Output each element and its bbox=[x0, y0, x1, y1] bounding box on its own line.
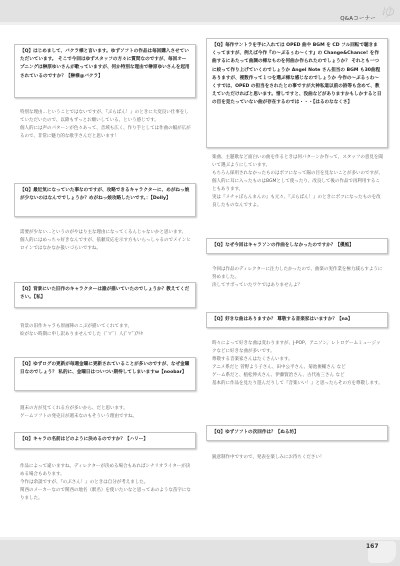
question-text: 【Q】好きな曲はありますか？ 尊敬する音楽家はいますか？【na】 bbox=[212, 317, 353, 322]
answer-line: 週末の方が見てくれる方が多いから、だと思います。 bbox=[20, 405, 192, 413]
answer-line: 楽曲、主題歌など面白いの曲を作るときは何パターンか作って、スタッフの意見を聞いて… bbox=[212, 154, 384, 170]
answer-line: 個人的にはめっちゃ好きなんですが、依頼反応を示す方もいらっしゃるのでメインヒロイ… bbox=[20, 237, 192, 253]
question-text: 【Q】はじめまして、バクラ様と言います。ゆずソフトの作品は毎回購入させていただい… bbox=[20, 49, 190, 79]
question-box: 【Q】ゆずログの更新が毎週金曜に更新されていることが多いのですが、なぜ金曜日なの… bbox=[14, 357, 196, 391]
answer-line: ゲームソフトの発売日が週末なのもそういう理由ですね。 bbox=[20, 413, 192, 421]
question-box: 【Q】最近気になっていた事なのですが、攻略できるキャラクターに、めがねっ娘が少な… bbox=[14, 183, 196, 217]
answer-line: 今作は余談ですが、『のぶさん！』のときは自分が考えました。 bbox=[20, 479, 192, 487]
question-box: 【Q】なぜ今回はキャラソンの作曲をしなかったのですか？【優風】 bbox=[206, 238, 388, 254]
answer-line: 実は『メチャぼらんまんの』も元々、『ぶらばん！』のときにボツになったものを改良し… bbox=[212, 194, 384, 210]
footer-band bbox=[0, 540, 400, 566]
question-text: 【Q】最近気になっていた事なのですが、攻略できるキャラクターに、めがねっ娘が少な… bbox=[20, 188, 189, 201]
question-box: 【Q】毎作サントラを手に入れては OPED 曲や BGM を CD フル回転で聴… bbox=[206, 38, 388, 148]
answer-block: 週末の方が見てくれる方が多いから、だと思います。 ゲームソフトの発売日が週末なの… bbox=[14, 405, 198, 421]
question-text: 【Q】背景にいた旧作のキャラクターは誰が描いていたのでしょうか？教えてください。… bbox=[20, 287, 189, 300]
question-text: 【Q】ゆずソフトの次回作は？【ぬる坊】 bbox=[212, 430, 299, 435]
answer-block: 需要が少ない…というのがやはり主な理由になってくるんじゃないかと思います。 個人… bbox=[14, 229, 198, 253]
question-box: 【Q】ゆずソフトの次回作は？【ぬる坊】 bbox=[206, 425, 388, 441]
answer-line: 特別な理由…ということではないですが、『ぶらばん！』のときに大変良い仕事をしてい… bbox=[20, 109, 192, 125]
answer-line: 個人的には声のパターンが色々あって、音域も広く、作り手としては作曲の幅が広がるの… bbox=[20, 125, 192, 141]
answer-block: 背景の旧作キャラも原画陣のこぶが描いてくれてます。 絵がない時期に申し訳ありませ… bbox=[14, 323, 198, 339]
section-title: Q&Aコーナー bbox=[340, 14, 376, 22]
answer-line: 需要が少ない…というのがやはり主な理由になってくるんじゃないかと思います。 bbox=[20, 229, 192, 237]
answer-line: 鋭意制作中ですので、発表を楽しみにお待ちください！ bbox=[212, 454, 384, 462]
answer-line: ゲーム系だと、植松伸夫さん、伊藤賢治さん、古代祐三さん など bbox=[212, 372, 384, 380]
answer-block: 鋭意制作中ですので、発表を楽しみにお待ちください！ bbox=[206, 454, 390, 462]
question-text: 【Q】キャラの名前はどのように決めるのですか？【ハリー】 bbox=[20, 437, 148, 442]
question-box: 【Q】キャラの名前はどのように決めるのですか？【ハリー】 bbox=[14, 432, 196, 449]
answer-block: 特別な理由…ということではないですが、『ぶらばん！』のときに大変良い仕事をしてい… bbox=[14, 109, 198, 141]
answer-line: 作品によって違いますね。ディレクターが決める場合もあればシナリオライターが決める… bbox=[20, 463, 192, 479]
answer-line: アニメ系だと 菅野よう子さん、田中公平さん、菊池俊輔さん など bbox=[212, 364, 384, 372]
question-text: 【Q】なぜ今回はキャラソンの作曲をしなかったのですか？【優風】 bbox=[212, 243, 354, 248]
question-box: 【Q】好きな曲はありますか？ 尊敬する音楽家はいますか？【na】 bbox=[206, 312, 388, 328]
answer-line: 今回は作品のディレクターに注力したかったので、曲楽の実作業を極力減らすように努め… bbox=[212, 266, 384, 282]
question-box: 【Q】背景にいた旧作のキャラクターは誰が描いていたのでしょうか？教えてください。… bbox=[14, 282, 196, 308]
answer-block: 楽曲、主題歌など面白いの曲を作るときは何パターンか作って、スタッフの意見を聞いて… bbox=[206, 154, 390, 210]
answer-block: 作品によって違いますね。ディレクターが決める場合もあればシナリオライターが決める… bbox=[14, 463, 198, 503]
question-box: 【Q】はじめまして、バクラ様と言います。ゆずソフトの作品は毎回購入させていただい… bbox=[14, 44, 196, 98]
answer-line: 絵がない時期に申し訳ありませんでした（ﾟ∀ﾟ）人(ﾟ∀ﾟ)ｱﾘﾀ bbox=[20, 331, 192, 339]
answer-line: 関西のメーカーなので関西の地名（駅名）を使いたいなと思ってあのような苗字になりま… bbox=[20, 487, 192, 503]
answer-line: 時々によって好きな曲は変わりますが、J-POP、アニソン、レトロゲームミュージッ… bbox=[212, 340, 384, 356]
header-divider bbox=[0, 22, 400, 25]
question-text: 【Q】毎作サントラを手に入れては OPED 曲や BGM を CD フル回転で聴… bbox=[212, 43, 382, 105]
answer-line: 背景の旧作キャラも原画陣のこぶが描いてくれてます。 bbox=[20, 323, 192, 331]
section-logo-icon: ゆ bbox=[376, 2, 398, 24]
answer-line: 尊敬する音楽家さんはたくさんいます。 bbox=[212, 356, 384, 364]
answer-block: 今回は作品のディレクターに注力したかったので、曲楽の実作業を極力減らすように努め… bbox=[206, 266, 390, 290]
answer-line: 基本的に作品を見たり遊んだりして『音楽いい！』と思ったらその方を尊敬します。 bbox=[212, 380, 384, 388]
answer-line: もちろん採用されなかったものはボツになって陽の目を見ないことが多いのですが、個人… bbox=[212, 170, 384, 194]
page-number: 167 bbox=[364, 543, 392, 561]
answer-block: 時々によって好きな曲は変わりますが、J-POP、アニソン、レトロゲームミュージッ… bbox=[206, 340, 390, 388]
question-text: 【Q】ゆずログの更新が毎週金曜に更新されていることが多いのですが、なぜ金曜日なの… bbox=[20, 362, 189, 375]
answer-line: 決してサボっていたワケではありませんよ？ bbox=[212, 282, 384, 290]
